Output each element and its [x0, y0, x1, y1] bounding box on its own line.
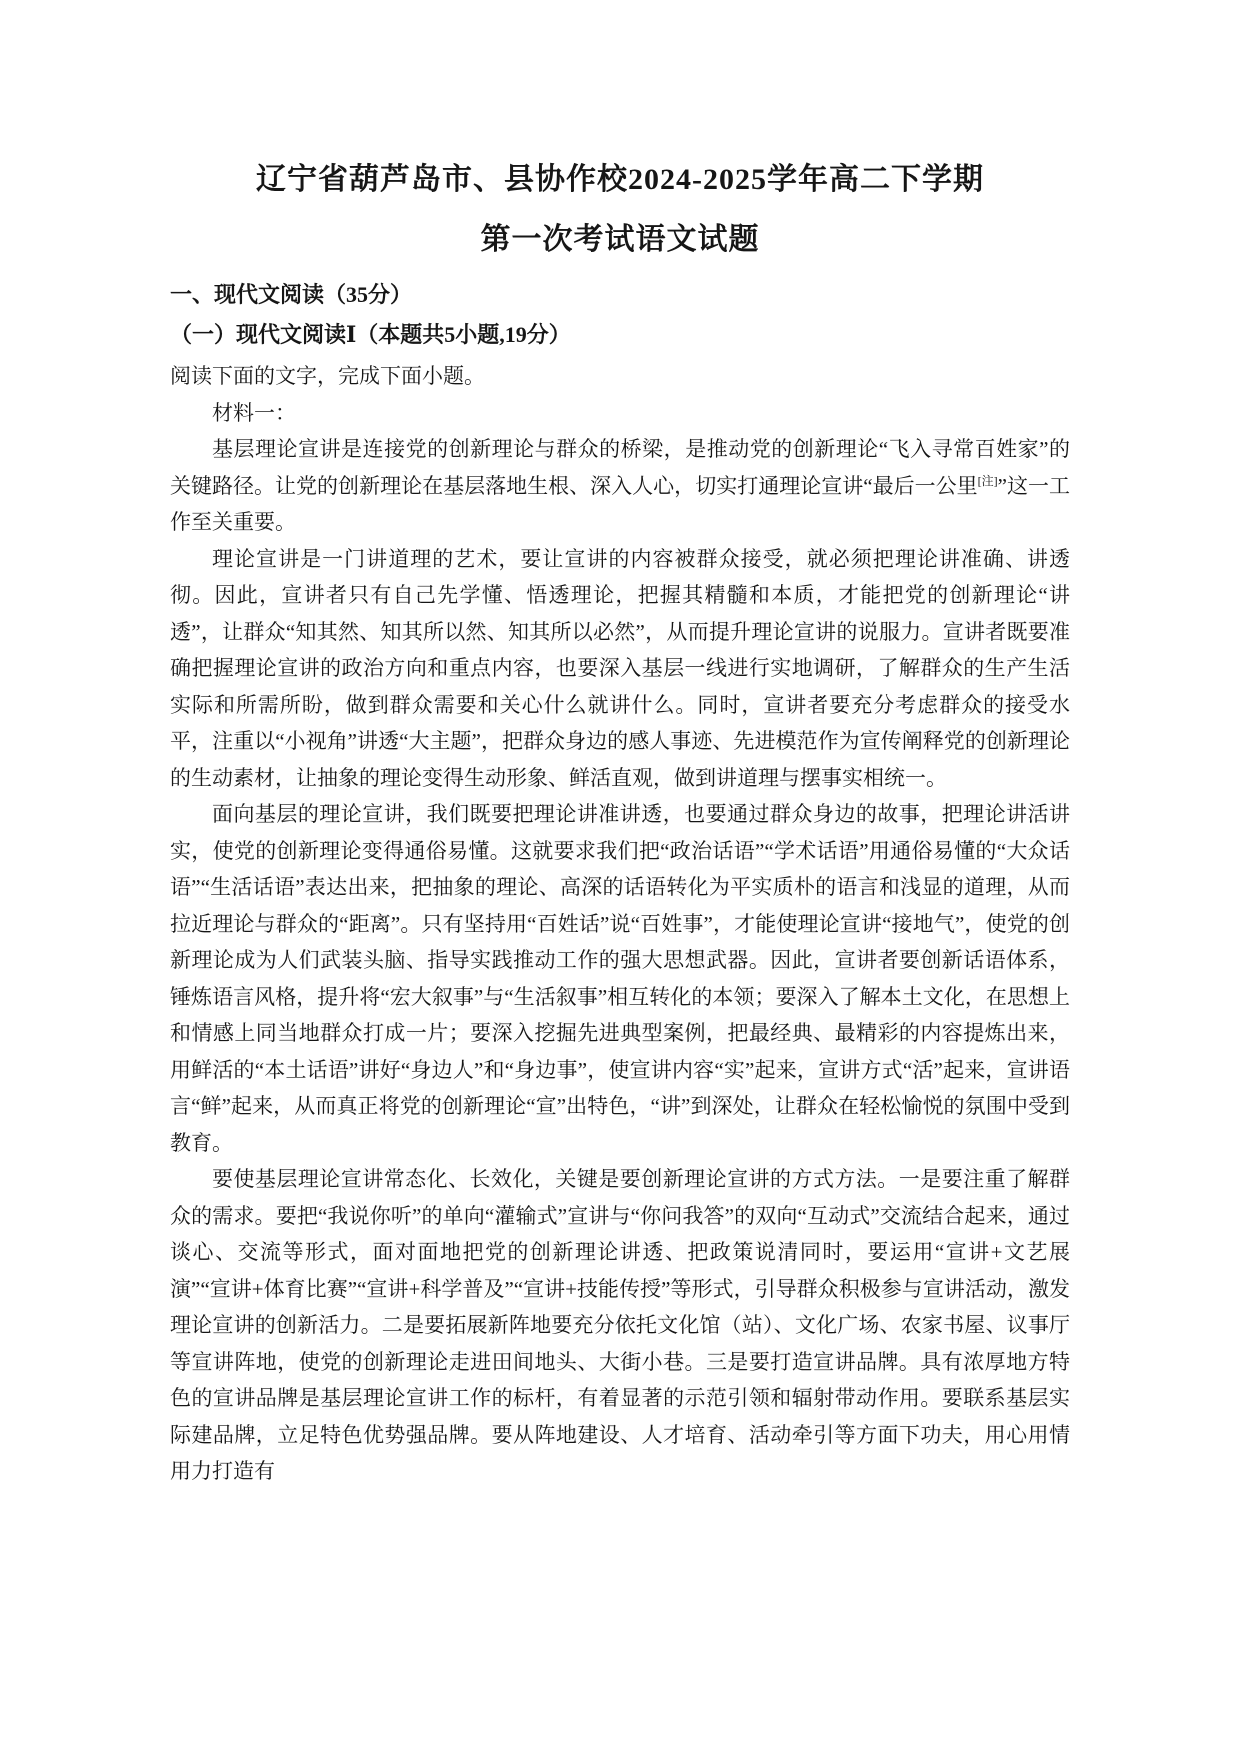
- footnote-marker: [注]: [978, 474, 998, 488]
- section-heading-modern-reading: 一、现代文阅读（35分）: [170, 278, 1070, 312]
- exam-title-line1: 辽宁省葫芦岛市、县协作校2024-2025学年高二下学期: [170, 150, 1070, 210]
- paragraph-2: 理论宣讲是一门讲道理的艺术，要让宣讲的内容被群众接受，就必须把理论讲准确、讲透彻…: [170, 541, 1070, 797]
- paragraph-1: 基层理论宣讲是连接党的创新理论与群众的桥梁，是推动党的创新理论“飞入寻常百姓家”…: [170, 431, 1070, 541]
- exam-title-line2: 第一次考试语文试题: [170, 210, 1070, 270]
- paragraph-3: 面向基层的理论宣讲，我们既要把理论讲准讲透，也要通过群众身边的故事，把理论讲活讲…: [170, 796, 1070, 1161]
- paragraph-1-text-a: 基层理论宣讲是连接党的创新理论与群众的桥梁，是推动党的创新理论“飞入寻常百姓家”…: [170, 437, 1070, 498]
- material-one-label: 材料一：: [170, 395, 1070, 432]
- paragraph-4: 要使基层理论宣讲常态化、长效化，关键是要创新理论宣讲的方式方法。一是要注重了解群…: [170, 1161, 1070, 1490]
- document-content: 辽宁省葫芦岛市、县协作校2024-2025学年高二下学期 第一次考试语文试题 一…: [170, 150, 1070, 1490]
- reading-instruction: 阅读下面的文字，完成下面小题。: [170, 358, 1070, 395]
- exam-document-page: 辽宁省葫芦岛市、县协作校2024-2025学年高二下学期 第一次考试语文试题 一…: [0, 0, 1240, 1754]
- subsection-heading-reading-one: （一）现代文阅读Ⅰ（本题共5小题,19分）: [170, 318, 1070, 352]
